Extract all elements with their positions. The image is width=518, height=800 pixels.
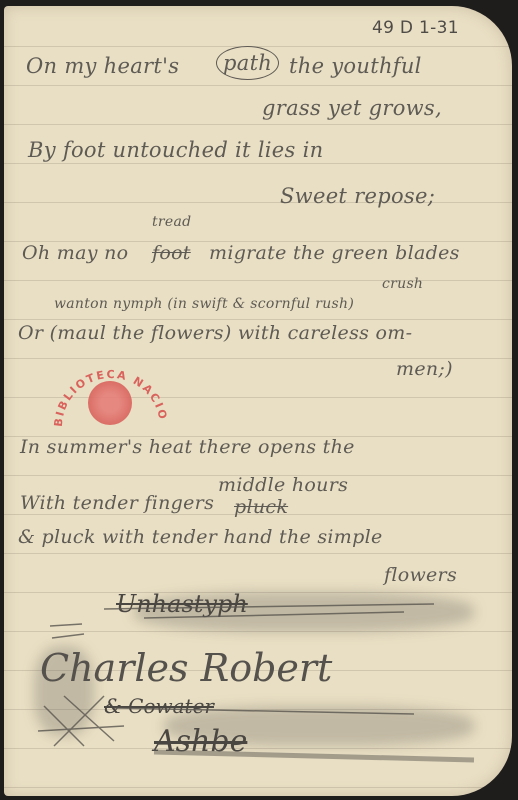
- scribble-strokes-icon: [4, 6, 512, 796]
- notebook-page: 49 D 1-31 On my heart's path the youthfu…: [4, 6, 512, 796]
